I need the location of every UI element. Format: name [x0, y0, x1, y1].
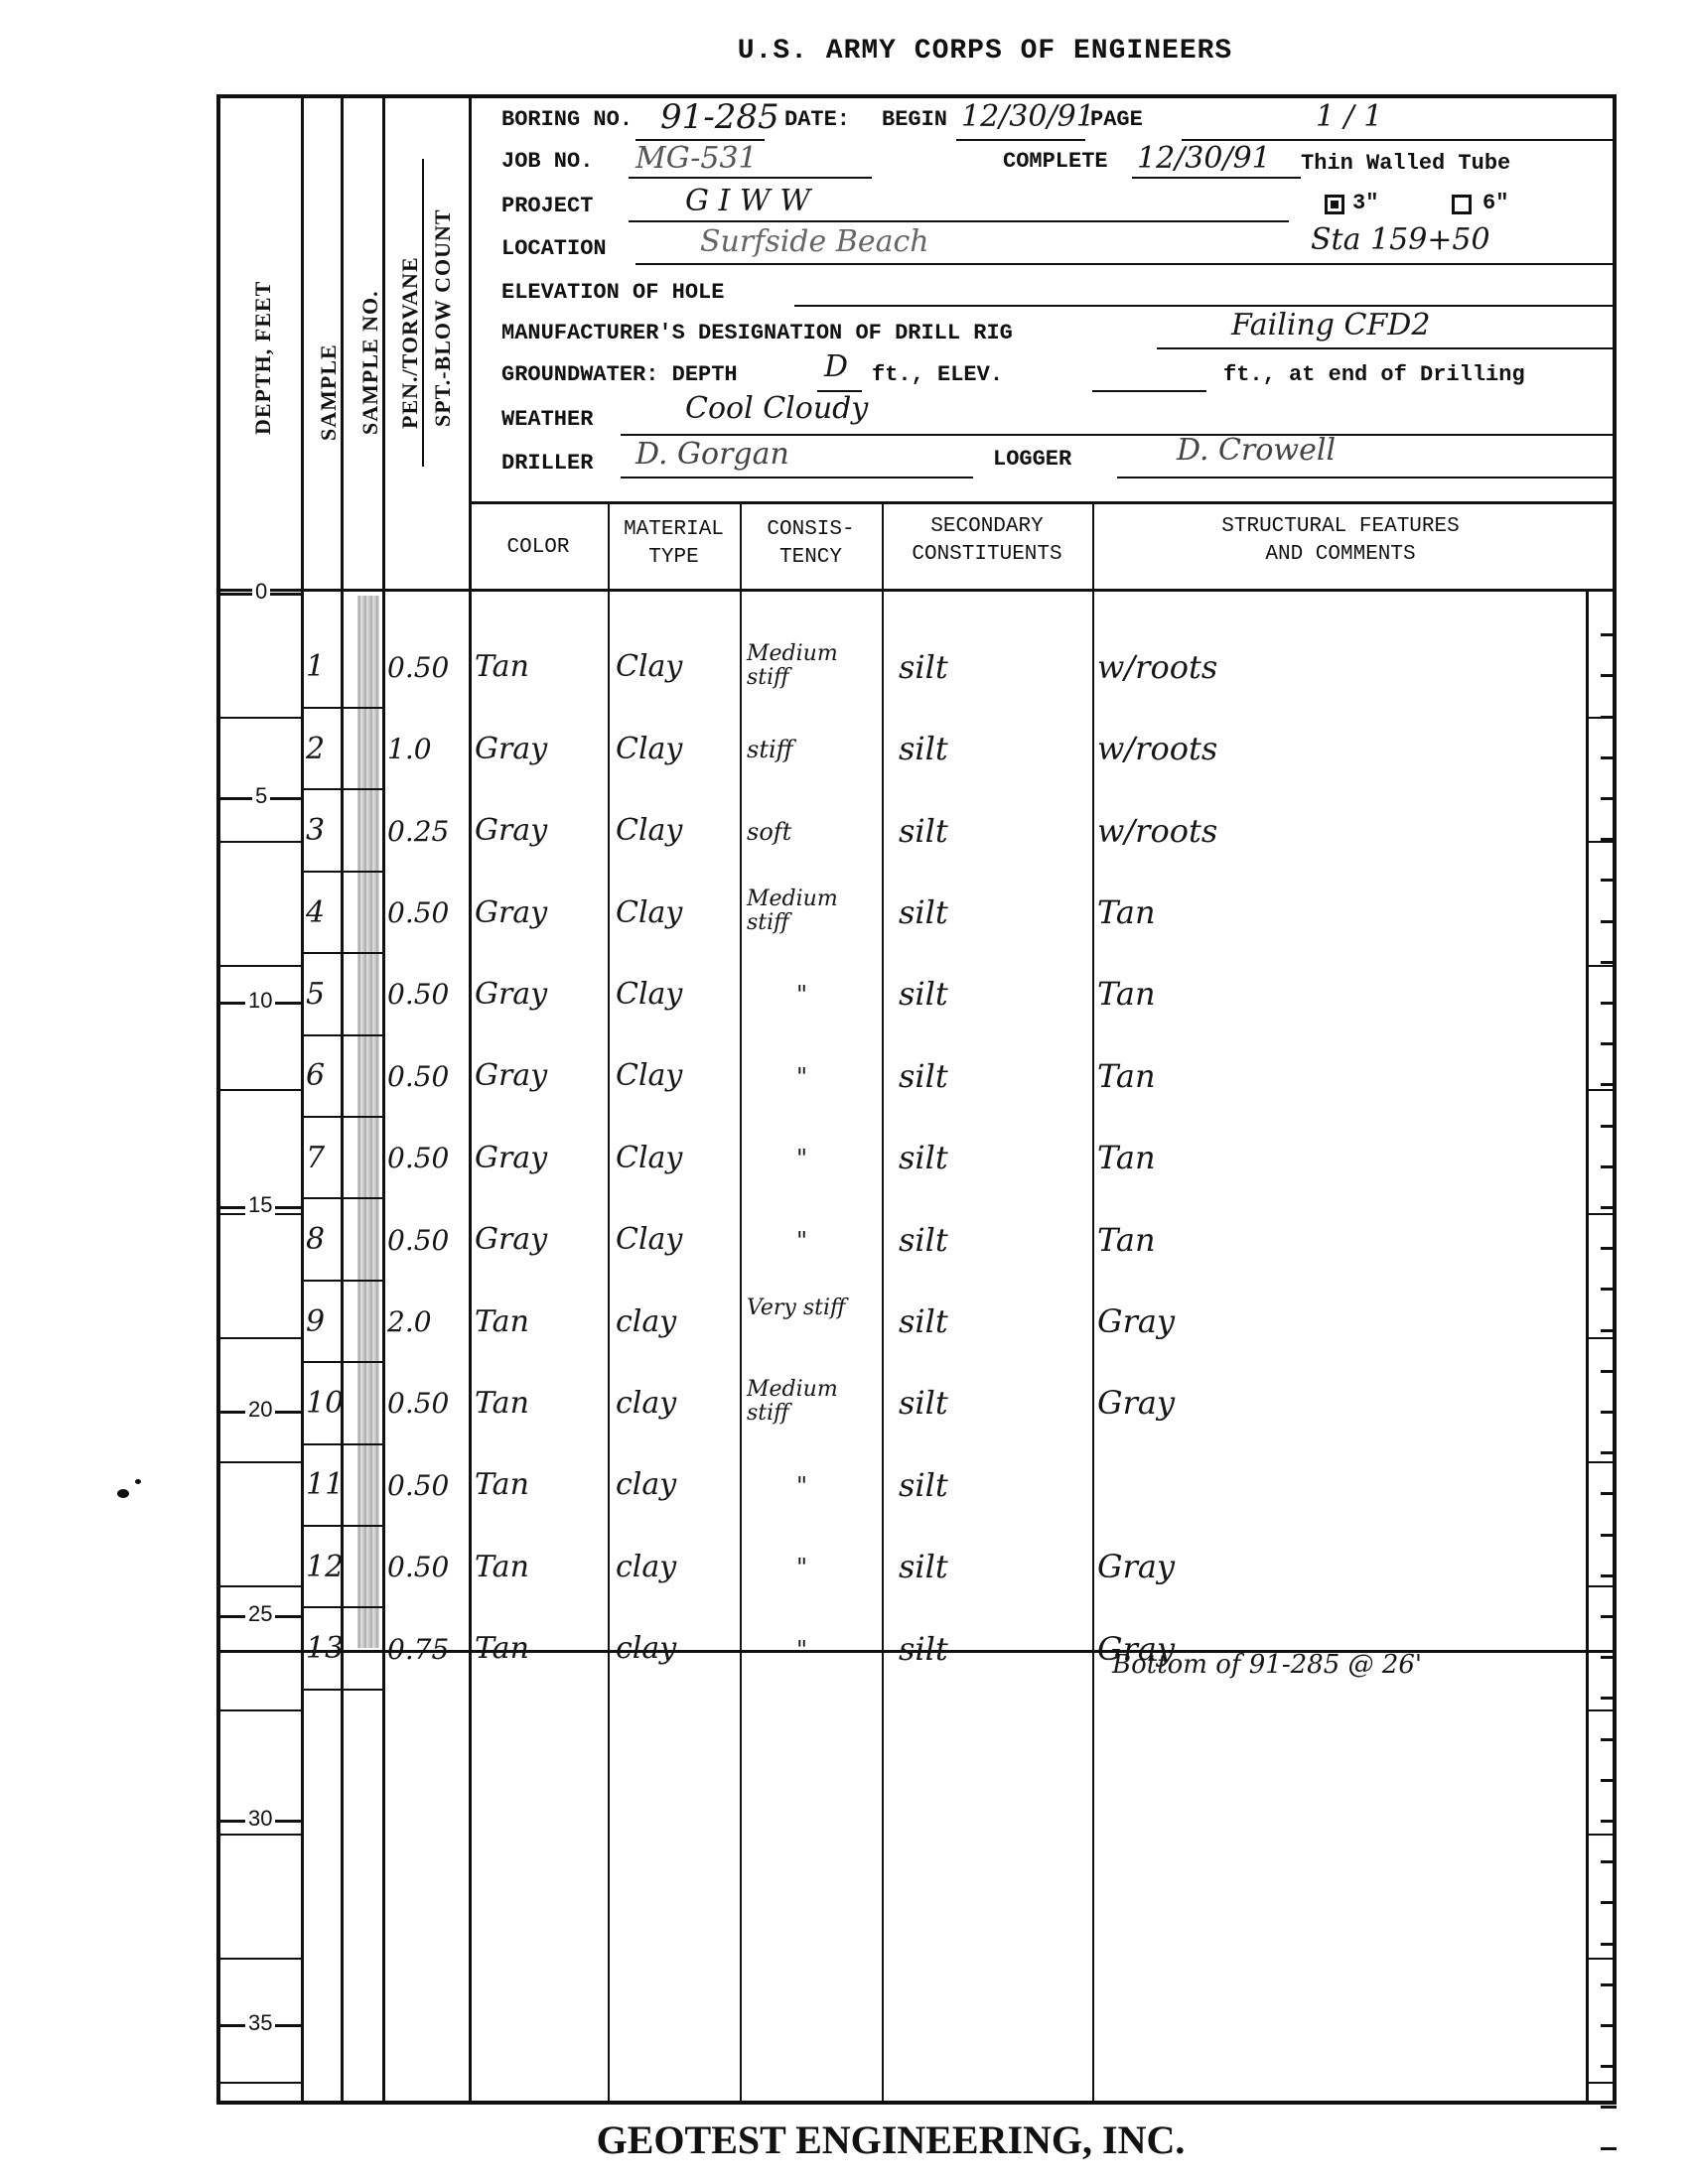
depth-label: 35 [245, 2010, 275, 2036]
depth-tick [1601, 1165, 1617, 1168]
consistency-value: soft [747, 818, 791, 846]
logger-label: LOGGER [993, 447, 1071, 472]
depth-tick [1601, 1820, 1617, 1823]
consistency-value: " [796, 1554, 807, 1581]
depth-tick [1601, 1738, 1617, 1741]
secondary-value: silt [899, 1384, 948, 1422]
complete-line [1132, 177, 1301, 179]
depth-tick [1601, 1574, 1617, 1577]
secondary-value: silt [899, 648, 948, 686]
consistency-value: Very stiff [747, 1297, 871, 1320]
depth-tick [1601, 2065, 1617, 2068]
material-value: Clay [616, 895, 682, 930]
depth-grid-line [216, 965, 301, 967]
page-label: PAGE [1090, 107, 1143, 132]
material-value: Clay [616, 1058, 682, 1093]
sample-number: 2 [306, 732, 325, 766]
depth-tick [1601, 1534, 1617, 1537]
color-value: Gray [475, 895, 547, 930]
depth-tick [1601, 1288, 1617, 1291]
pen-value: 0.50 [387, 978, 449, 1011]
color-column-header: COLOR [469, 534, 608, 562]
sample-boundary [301, 1606, 382, 1608]
col-divider-pen [469, 94, 472, 2105]
consistency-value: stiff [747, 736, 793, 763]
location-label: LOCATION [501, 236, 607, 261]
right-grid-line [1586, 965, 1617, 967]
color-value: Gray [475, 1058, 547, 1093]
sample-boundary [301, 1525, 382, 1527]
sample-number: 4 [306, 895, 325, 930]
logger-line [1117, 477, 1614, 478]
depth-tick [1601, 1656, 1617, 1659]
depth-tick [1601, 920, 1617, 923]
depth-tick [1601, 1615, 1617, 1618]
complete-date-value[interactable]: 12/30/91 [1137, 141, 1271, 176]
material-column-header: MATERIAL TYPE [608, 516, 740, 572]
sample-boundary [301, 1034, 382, 1036]
weather-value[interactable]: Cool Cloudy [685, 391, 868, 426]
depth-grid-line [216, 1834, 301, 1836]
depth-tick [1601, 1492, 1617, 1495]
secondary-header-line2: CONSTITUENTS [882, 541, 1092, 569]
pen-spt-separator [422, 159, 424, 467]
depth-tick [1601, 1042, 1617, 1045]
depth-label: 30 [245, 1806, 275, 1832]
material-value: Clay [616, 813, 682, 848]
project-label: PROJECT [501, 194, 593, 218]
secondary-value: silt [899, 730, 948, 767]
begin-label: BEGIN [882, 107, 947, 132]
color-value: Tan [475, 1386, 529, 1421]
agency-title: U.S. ARMY CORPS OF ENGINEERS [0, 36, 1692, 67]
depth-tick [1601, 2106, 1617, 2109]
secondary-value: silt [899, 1139, 948, 1176]
depth-tick [1601, 1329, 1617, 1332]
right-grid-line [1586, 1958, 1617, 1960]
col-divider-material [740, 501, 742, 2105]
sample-boundary [301, 1197, 382, 1199]
col-divider-structural [1586, 589, 1589, 2105]
scan-mark [135, 1479, 141, 1484]
material-value: clay [616, 1550, 676, 1584]
material-value: Clay [616, 732, 682, 766]
drill-rig-line [1157, 347, 1614, 349]
company-footer: GEOTEST ENGINEERING, INC. [0, 2116, 1692, 2163]
comments-value: Tan [1097, 1057, 1156, 1095]
page-value[interactable]: 1 / 1 [1316, 99, 1382, 134]
weather-label: WEATHER [501, 407, 593, 432]
col-divider-depth [301, 94, 304, 2105]
consistency-value: " [796, 1472, 807, 1500]
material-header-line2: TYPE [608, 544, 740, 572]
depth-tick [1601, 674, 1617, 677]
comments-value: Tan [1097, 975, 1156, 1013]
depth-grid-line [216, 841, 301, 843]
structural-header-line2: AND COMMENTS [1092, 541, 1589, 569]
sample-number: 13 [306, 1631, 344, 1666]
color-value: Gray [475, 1222, 547, 1257]
job-no-label: JOB NO. [501, 149, 593, 174]
sample-number: 10 [306, 1386, 344, 1421]
depth-grid-line [216, 1089, 301, 1091]
right-grid-line [1586, 1461, 1617, 1463]
consistency-value: Medium stiff [747, 1378, 871, 1426]
sample-boundary [301, 952, 382, 954]
depth-grid-line [216, 1337, 301, 1339]
right-grid-line [1586, 1834, 1617, 1836]
driller-value[interactable]: D. Gorgan [635, 437, 789, 472]
material-value: clay [616, 1631, 676, 1666]
right-grid-line [1586, 1089, 1617, 1091]
sample-boundary [301, 1443, 382, 1445]
color-value: Gray [475, 732, 547, 766]
depth-tick [1601, 1370, 1617, 1373]
secondary-value: silt [899, 1302, 948, 1340]
sample-number: 1 [306, 649, 325, 684]
depth-label: 25 [245, 1601, 275, 1627]
pen-value: 0.50 [387, 1060, 449, 1093]
depth-tick [1601, 1697, 1617, 1700]
location-value[interactable]: Surfside Beach [700, 224, 929, 259]
depth-tick [1601, 1125, 1617, 1128]
station-value[interactable]: Sta 159+50 [1311, 222, 1490, 257]
sample-number: 9 [306, 1304, 325, 1339]
boring-log-form [216, 94, 1617, 2105]
driller-line [621, 477, 973, 478]
groundwater-ft-label: ft., ELEV. [872, 362, 1003, 387]
sample-number: 11 [306, 1467, 344, 1502]
comments-value: w/roots [1097, 812, 1217, 850]
depth-label: 10 [245, 988, 275, 1014]
depth-tick [1601, 1860, 1617, 1863]
secondary-value: silt [899, 1057, 948, 1095]
job-no-line [629, 177, 872, 179]
color-value: Gray [475, 1141, 547, 1175]
depth-label: 5 [252, 783, 270, 809]
sampler-type-label: Thin Walled Tube [1301, 151, 1510, 176]
pen-value: 1.0 [387, 733, 432, 765]
sampler-6in-checkbox[interactable] [1452, 195, 1472, 214]
driller-label: DRILLER [501, 451, 593, 476]
sample-core-strip [357, 596, 379, 1648]
depth-label: 20 [245, 1397, 275, 1423]
depth-column-header: DEPTH, FEET [250, 258, 276, 457]
drill-rig-label: MANUFACTURER'S DESIGNATION OF DRILL RIG [501, 321, 1013, 345]
depth-tick [1601, 716, 1617, 719]
pen-torvane-column-header: PEN./TORVANE [397, 228, 423, 457]
col-divider-secondary [1092, 501, 1094, 2105]
right-grid-line [1586, 1585, 1617, 1587]
comments-value: w/roots [1097, 648, 1217, 686]
column-header-divider [216, 589, 1617, 592]
pen-value: 0.50 [387, 896, 449, 929]
sample-no-column-header: SAMPLE NO. [357, 268, 383, 457]
depth-tick [1601, 1002, 1617, 1005]
right-grid-line [1586, 2082, 1617, 2084]
elevation-label: ELEVATION OF HOLE [501, 280, 724, 305]
material-value: clay [616, 1467, 676, 1502]
comments-value: Tan [1097, 1221, 1156, 1259]
color-value: Gray [475, 977, 547, 1012]
col-divider-color [608, 501, 610, 2105]
depth-label: 15 [245, 1192, 275, 1218]
job-no-value[interactable]: MG-531 [635, 141, 758, 176]
header-bottom-divider [472, 501, 1617, 504]
sample-boundary [301, 1361, 382, 1363]
sample-boundary [301, 1116, 382, 1118]
color-value: Tan [475, 1467, 529, 1502]
depth-grid-line [216, 717, 301, 719]
sample-number: 5 [306, 977, 325, 1012]
boring-no-value[interactable]: 91-285 [660, 97, 779, 137]
sample-boundary [301, 871, 382, 873]
color-value: Tan [475, 649, 529, 684]
secondary-value: silt [899, 975, 948, 1013]
elevation-line [794, 305, 1614, 307]
pen-value: 0.25 [387, 815, 449, 848]
secondary-value: silt [899, 893, 948, 931]
weather-line [621, 434, 1614, 436]
pen-value: 0.50 [387, 651, 449, 684]
material-value: Clay [616, 649, 682, 684]
material-value: Clay [616, 1222, 682, 1257]
sample-number: 3 [306, 813, 325, 848]
groundwater-elev-line [1092, 390, 1206, 392]
begin-date-value[interactable]: 12/30/91 [961, 99, 1095, 134]
pen-value: 0.50 [387, 1224, 449, 1257]
depth-grid-line [216, 2082, 301, 2084]
drill-rig-value[interactable]: Failing CFD2 [1231, 308, 1430, 342]
pen-value: 2.0 [387, 1305, 432, 1338]
depth-tick [1601, 1247, 1617, 1250]
groundwater-end-label: ft., at end of Drilling [1223, 362, 1525, 387]
consistency-value: " [796, 981, 807, 1009]
depth-tick [1601, 838, 1617, 841]
scan-mark [117, 1489, 129, 1498]
comments-value: Gray [1097, 1384, 1175, 1422]
depth-grid-line [216, 1709, 301, 1711]
color-value: Tan [475, 1304, 529, 1339]
depth-tick [1601, 1206, 1617, 1209]
sample-number: 6 [306, 1058, 325, 1093]
structural-column-header: STRUCTURAL FEATURES AND COMMENTS [1092, 513, 1589, 569]
sample-number: 7 [306, 1141, 325, 1175]
sample-boundary [301, 1280, 382, 1282]
sample-boundary [301, 1689, 382, 1691]
material-value: Clay [616, 977, 682, 1012]
pen-value: 0.50 [387, 1469, 449, 1502]
color-value: Tan [475, 1631, 529, 1666]
col-divider-consistency [882, 501, 884, 2105]
pen-value: 0.50 [387, 1142, 449, 1174]
depth-tick [1601, 756, 1617, 759]
material-header-line1: MATERIAL [608, 516, 740, 544]
comments-value: Tan [1097, 1139, 1156, 1176]
right-grid-line [1586, 841, 1617, 843]
consistency-header-line2: TENCY [740, 544, 882, 572]
depth-tick [1601, 1083, 1617, 1086]
spt-blow-count-column-header: SPT.-BLOW COUNT [430, 179, 456, 457]
depth-tick [1601, 797, 1617, 800]
material-value: clay [616, 1304, 676, 1339]
comments-value: w/roots [1097, 730, 1217, 767]
comments-value: Tan [1097, 893, 1156, 931]
sampler-3in-label: 3" [1352, 191, 1378, 215]
sample-boundary [301, 707, 382, 709]
depth-grid-line [216, 1585, 301, 1587]
material-value: clay [616, 1386, 676, 1421]
sampler-3in-checkbox[interactable] [1325, 195, 1344, 214]
project-value[interactable]: G I W W [685, 184, 810, 218]
comments-value: Gray [1097, 1548, 1175, 1585]
depth-tick [1601, 1779, 1617, 1782]
pen-value: 0.50 [387, 1551, 449, 1583]
right-grid-line [1586, 1213, 1617, 1215]
secondary-value: silt [899, 1548, 948, 1585]
depth-tick [1601, 2024, 1617, 2027]
pen-value: 0.50 [387, 1387, 449, 1420]
depth-tick [1601, 633, 1617, 636]
consistency-column-header: CONSIS- TENCY [740, 516, 882, 572]
consistency-value: Medium stiff [747, 887, 871, 935]
consistency-header-line1: CONSIS- [740, 516, 882, 544]
consistency-value: Medium stiff [747, 642, 871, 690]
sample-number: 12 [306, 1550, 344, 1584]
complete-label: COMPLETE [1003, 149, 1108, 174]
depth-tick [1601, 879, 1617, 882]
depth-tick [1601, 1901, 1617, 1904]
comments-value: Gray [1097, 1302, 1175, 1340]
groundwater-label: GROUNDWATER: DEPTH [501, 362, 738, 387]
depth-grid-line [216, 1958, 301, 1960]
bottom-of-boring-note: Bottom of 91-285 @ 26' [1112, 1650, 1422, 1680]
depth-tick [1601, 1451, 1617, 1454]
depth-grid-line [216, 1461, 301, 1463]
logger-value[interactable]: D. Crowell [1177, 433, 1336, 468]
secondary-header-line1: SECONDARY [882, 513, 1092, 541]
sampler-6in-label: 6" [1482, 191, 1508, 215]
boring-no-label: BORING NO. [501, 107, 633, 132]
right-grid-line [1586, 1337, 1617, 1339]
depth-tick [1601, 1983, 1617, 1986]
material-value: Clay [616, 1141, 682, 1175]
secondary-value: silt [899, 1630, 948, 1668]
project-line [629, 220, 1289, 222]
depth-tick [1601, 961, 1617, 964]
consistency-value: " [796, 1145, 807, 1172]
secondary-column-header: SECONDARY CONSTITUENTS [882, 513, 1092, 569]
sample-boundary [301, 788, 382, 790]
begin-line [956, 139, 1085, 141]
date-label: DATE: [784, 107, 850, 132]
groundwater-depth-value[interactable]: D [824, 349, 848, 384]
location-line [635, 263, 1614, 265]
depth-label: 0 [252, 579, 270, 605]
structural-header-line1: STRUCTURAL FEATURES [1092, 513, 1589, 541]
right-grid-line [1586, 1709, 1617, 1711]
depth-tick [1601, 1943, 1617, 1946]
secondary-value: silt [899, 812, 948, 850]
secondary-value: silt [899, 1221, 948, 1259]
depth-tick [1601, 1411, 1617, 1414]
consistency-value: " [796, 1227, 807, 1255]
color-value: Tan [475, 1550, 529, 1584]
consistency-value: " [796, 1063, 807, 1091]
secondary-value: silt [899, 1466, 948, 1504]
sample-number: 8 [306, 1222, 325, 1257]
sample-column-header: SAMPLE [316, 328, 342, 457]
color-value: Gray [475, 813, 547, 848]
